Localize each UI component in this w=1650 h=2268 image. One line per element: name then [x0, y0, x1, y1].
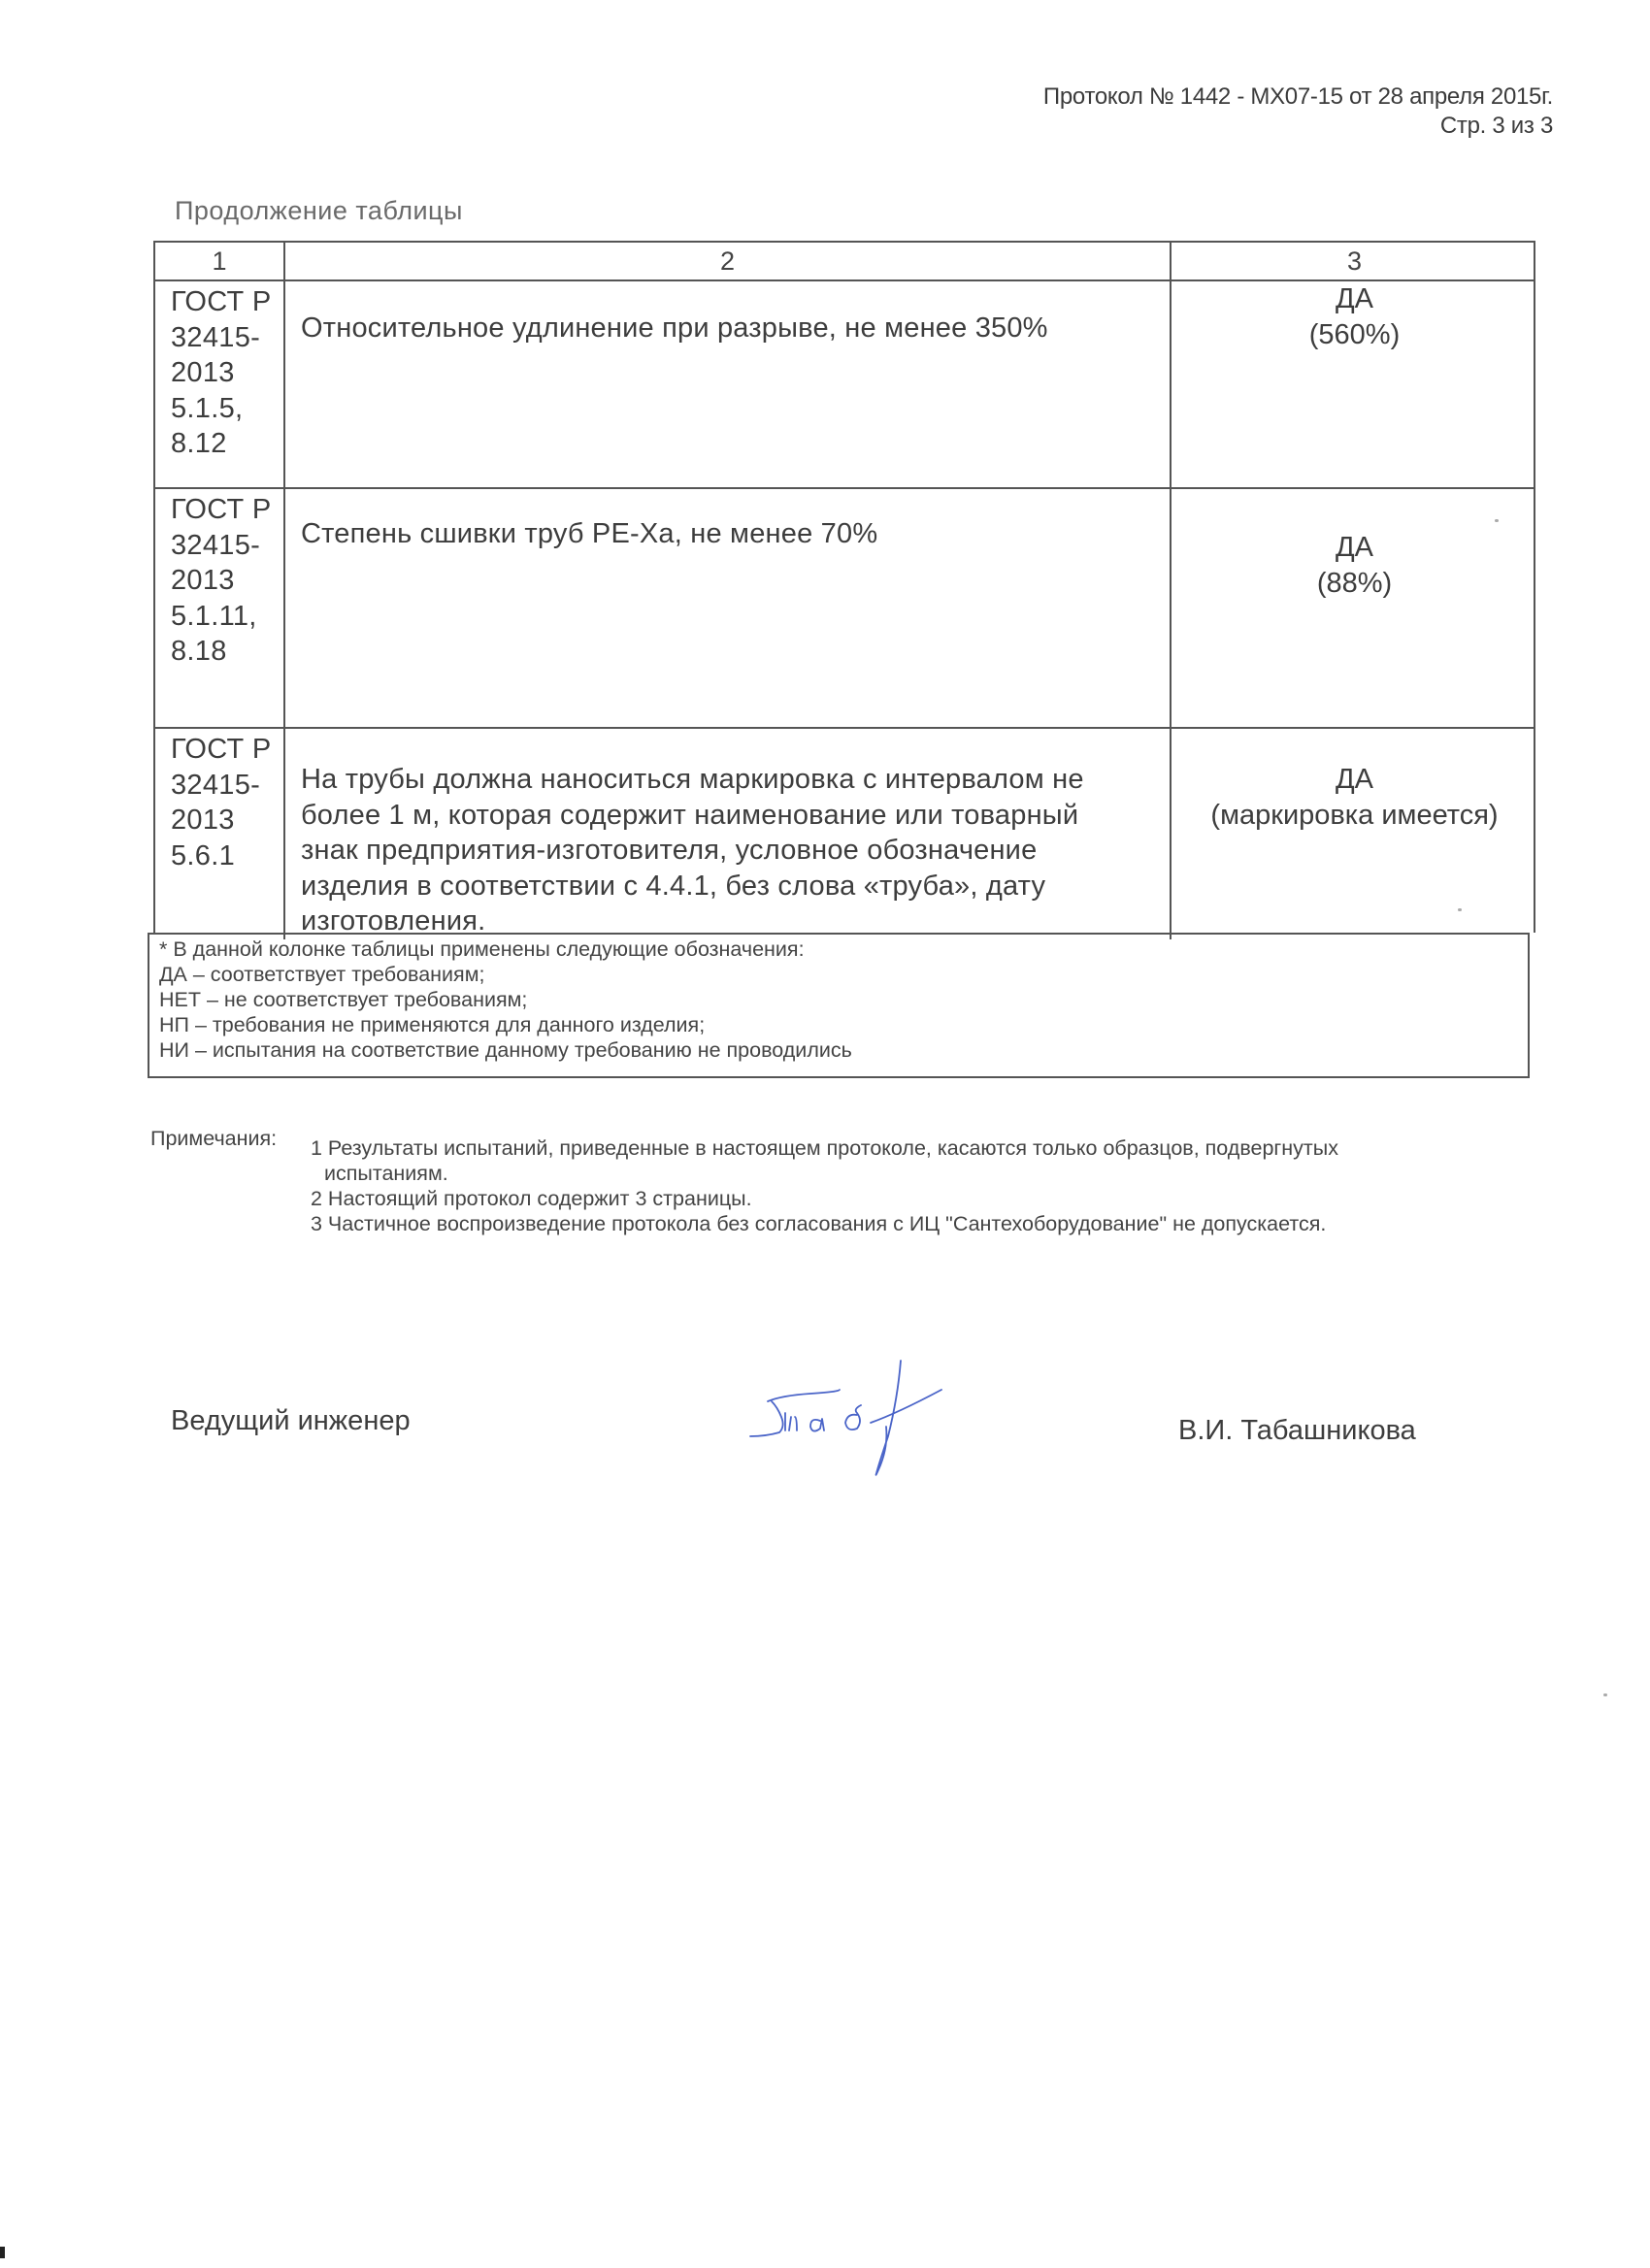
note-item: 1 Результаты испытаний, приведенные в на… [311, 1135, 1650, 1186]
table-legend: * В данной колонке таблицы применены сле… [148, 933, 1530, 1078]
table-row: ГОСТ Р 32415- 2013 5.6.1 На трубы должна… [153, 727, 1535, 933]
legend-intro: * В данной колонке таблицы применены сле… [159, 937, 1528, 962]
result-verdict: ДА [1171, 530, 1537, 566]
table-caption: Продолжение таблицы [175, 196, 463, 226]
result-verdict: ДА [1171, 762, 1537, 798]
requirement-text: Относительное удлинение при разрыве, не … [285, 281, 1171, 487]
result-detail: (маркировка имеется) [1171, 798, 1537, 834]
result-verdict: ДА [1171, 281, 1537, 317]
note-continuation: испытаниям. [311, 1161, 1650, 1186]
result-cell: ДА (560%) [1171, 281, 1537, 487]
scan-edge-mark [0, 2247, 5, 2258]
result-detail: (88%) [1171, 566, 1537, 602]
column-header-2: 2 [285, 243, 1171, 279]
legend-item-not-applicable: НП – требования не применяются для данно… [159, 1012, 1528, 1037]
legend-item-no: НЕТ – не соответствует требованиям; [159, 987, 1528, 1012]
results-table: 1 2 3 ГОСТ Р 32415- 2013 5.1.5, 8.12 Отн… [153, 241, 1535, 1078]
standard-reference: ГОСТ Р 32415- 2013 5.6.1 [155, 729, 285, 939]
requirement-text: На трубы должна наноситься маркировка с … [285, 729, 1171, 939]
standard-reference: ГОСТ Р 32415- 2013 5.1.5, 8.12 [155, 281, 285, 487]
notes-label: Примечания: [150, 1126, 277, 1151]
requirement-line: На трубы должна наноситься маркировка с … [301, 762, 1170, 798]
legend-item-yes: ДА – соответствует требованиям; [159, 962, 1528, 987]
signer-name: В.И. Табашникова [1178, 1415, 1416, 1447]
result-detail: (560%) [1171, 317, 1537, 353]
note-item: 2 Настоящий протокол содержит 3 страницы… [311, 1186, 1650, 1211]
requirement-text: Степень сшивки труб РЕ-Ха, не менее 70% [285, 489, 1171, 727]
column-header-1: 1 [155, 243, 285, 279]
signer-role: Ведущий инженер [171, 1405, 411, 1437]
table-header-row: 1 2 3 [153, 241, 1535, 279]
handwritten-signature [742, 1359, 966, 1495]
table-row: ГОСТ Р 32415- 2013 5.1.5, 8.12 Относител… [153, 279, 1535, 487]
requirement-line: знак предприятия-изготовителя, условное … [301, 833, 1170, 869]
note-text: 1 Результаты испытаний, приведенные в на… [311, 1136, 1338, 1160]
table-row: ГОСТ Р 32415- 2013 5.1.11, 8.18 Степень … [153, 487, 1535, 727]
result-cell: ДА (88%) [1171, 489, 1537, 727]
protocol-number-header: Протокол № 1442 - МХ07-15 от 28 апреля 2… [1043, 83, 1553, 111]
scan-speck [1458, 908, 1462, 911]
standard-reference: ГОСТ Р 32415- 2013 5.1.11, 8.18 [155, 489, 285, 727]
result-cell: ДА (маркировка имеется) [1171, 729, 1537, 939]
page-number: Стр. 3 из 3 [1440, 113, 1553, 140]
requirement-line: изготовления. [301, 904, 1170, 939]
scan-speck [1603, 1693, 1607, 1696]
scan-speck [1495, 519, 1499, 522]
requirement-line: более 1 м, которая содержит наименование… [301, 798, 1170, 834]
legend-item-not-tested: НИ – испытания на соответствие данному т… [159, 1037, 1528, 1063]
column-header-3: 3 [1171, 243, 1537, 279]
note-item: 3 Частичное воспроизведение протокола бе… [311, 1211, 1650, 1236]
requirement-line: изделия в соответствии с 4.4.1, без слов… [301, 869, 1170, 904]
